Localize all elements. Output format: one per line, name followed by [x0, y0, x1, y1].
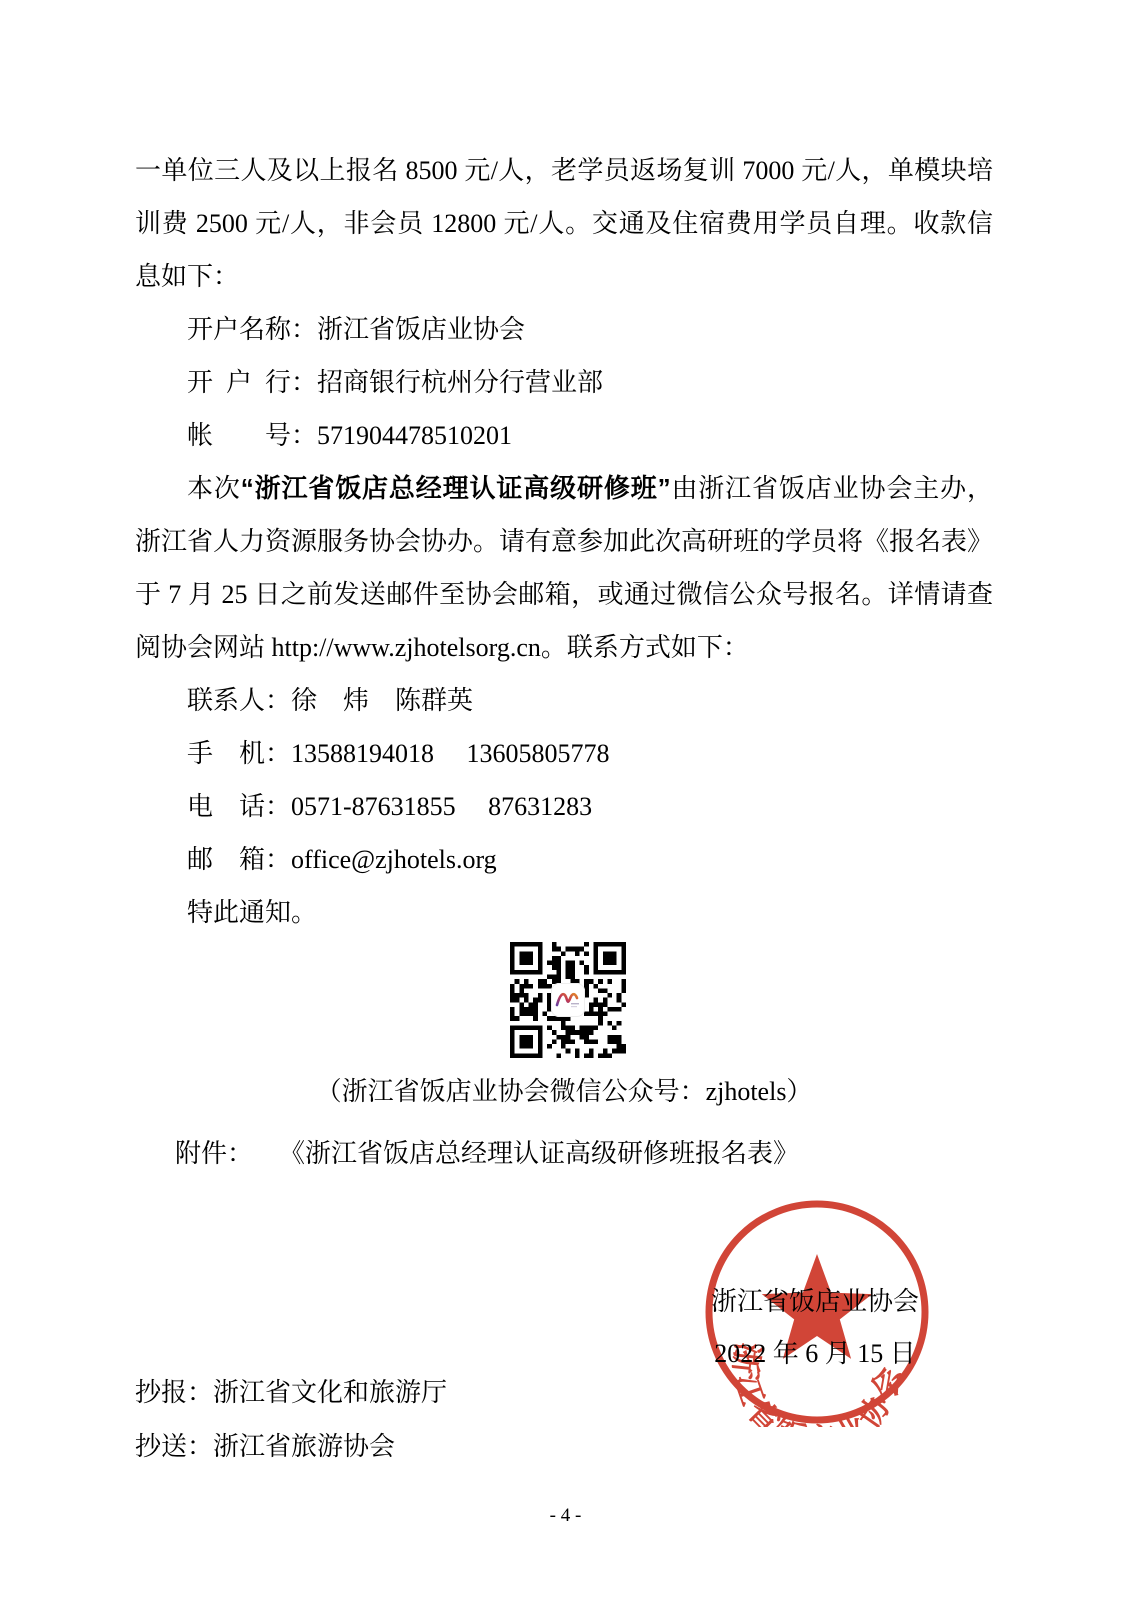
bank-branch-line: 开 户 行：招商银行杭州分行营业部 — [135, 356, 993, 409]
telephone-line: 电 话：0571-87631855 87631283 — [135, 780, 993, 833]
seal-ring-text: 浙江省饭店业协会 — [727, 1341, 908, 1427]
official-red-seal: 浙江省饭店业协会 — [702, 1197, 932, 1427]
bank-account-name-line: 开户名称：浙江省饭店业协会 — [135, 303, 993, 356]
email-line: 邮 箱：office@zjhotels.org — [135, 833, 993, 886]
page-number: - 4 - — [0, 1502, 1131, 1530]
wechat-qr-code — [510, 941, 626, 1059]
closing-line: 特此通知。 — [135, 886, 993, 939]
website-line: 阅协会网站 http://www.zjhotelsorg.cn。联系方式如下： — [135, 621, 993, 674]
bank-account-number-line: 帐 号：571904478510201 — [135, 409, 993, 462]
notice-prefix: 本次 — [187, 474, 241, 503]
cc-report-line: 抄报：浙江省文化和旅游厅 — [135, 1371, 735, 1415]
body-text: 一单位三人及以上报名 8500 元/人，老学员返场复训 7000 元/人，单模块… — [135, 144, 993, 939]
contact-person-line: 联系人：徐 炜 陈群英 — [135, 674, 993, 727]
notice-line: 本次“浙江省饭店总经理认证高级研修班”由浙江省饭店业协会主办， — [135, 462, 993, 515]
association-logo — [551, 983, 585, 1017]
seal-star — [762, 1254, 872, 1359]
notice-suffix: 由浙江省饭店业协会主办， — [671, 474, 993, 503]
paragraph-line: 于 7 月 25 日之前发送邮件至协会邮箱，或通过微信公众号报名。详情请查 — [135, 568, 993, 621]
course-title-bold: “浙江省饭店总经理认证高级研修班” — [241, 473, 671, 503]
paragraph-line: 浙江省人力资源服务协会协办。请有意参加此次高研班的学员将《报名表》 — [135, 515, 993, 568]
paragraph-line: 训费 2500 元/人，非会员 12800 元/人。交通及住宿费用学员自理。收款… — [135, 197, 993, 250]
paragraph-line: 一单位三人及以上报名 8500 元/人，老学员返场复训 7000 元/人，单模块… — [135, 144, 993, 197]
svg-text:浙江省饭店业协会: 浙江省饭店业协会 — [727, 1341, 908, 1427]
document-page: 一单位三人及以上报名 8500 元/人，老学员返场复训 7000 元/人，单模块… — [0, 0, 1131, 1600]
paragraph-line: 息如下： — [135, 250, 993, 303]
attachment-line: 附件： 《浙江省饭店总经理认证高级研修班报名表》 — [135, 1130, 1055, 1178]
cc-send-line: 抄送：浙江省旅游协会 — [135, 1425, 735, 1469]
mobile-line: 手 机：13588194018 13605805778 — [135, 727, 993, 780]
qr-caption: （浙江省饭店业协会微信公众号：zjhotels） — [135, 1068, 993, 1116]
